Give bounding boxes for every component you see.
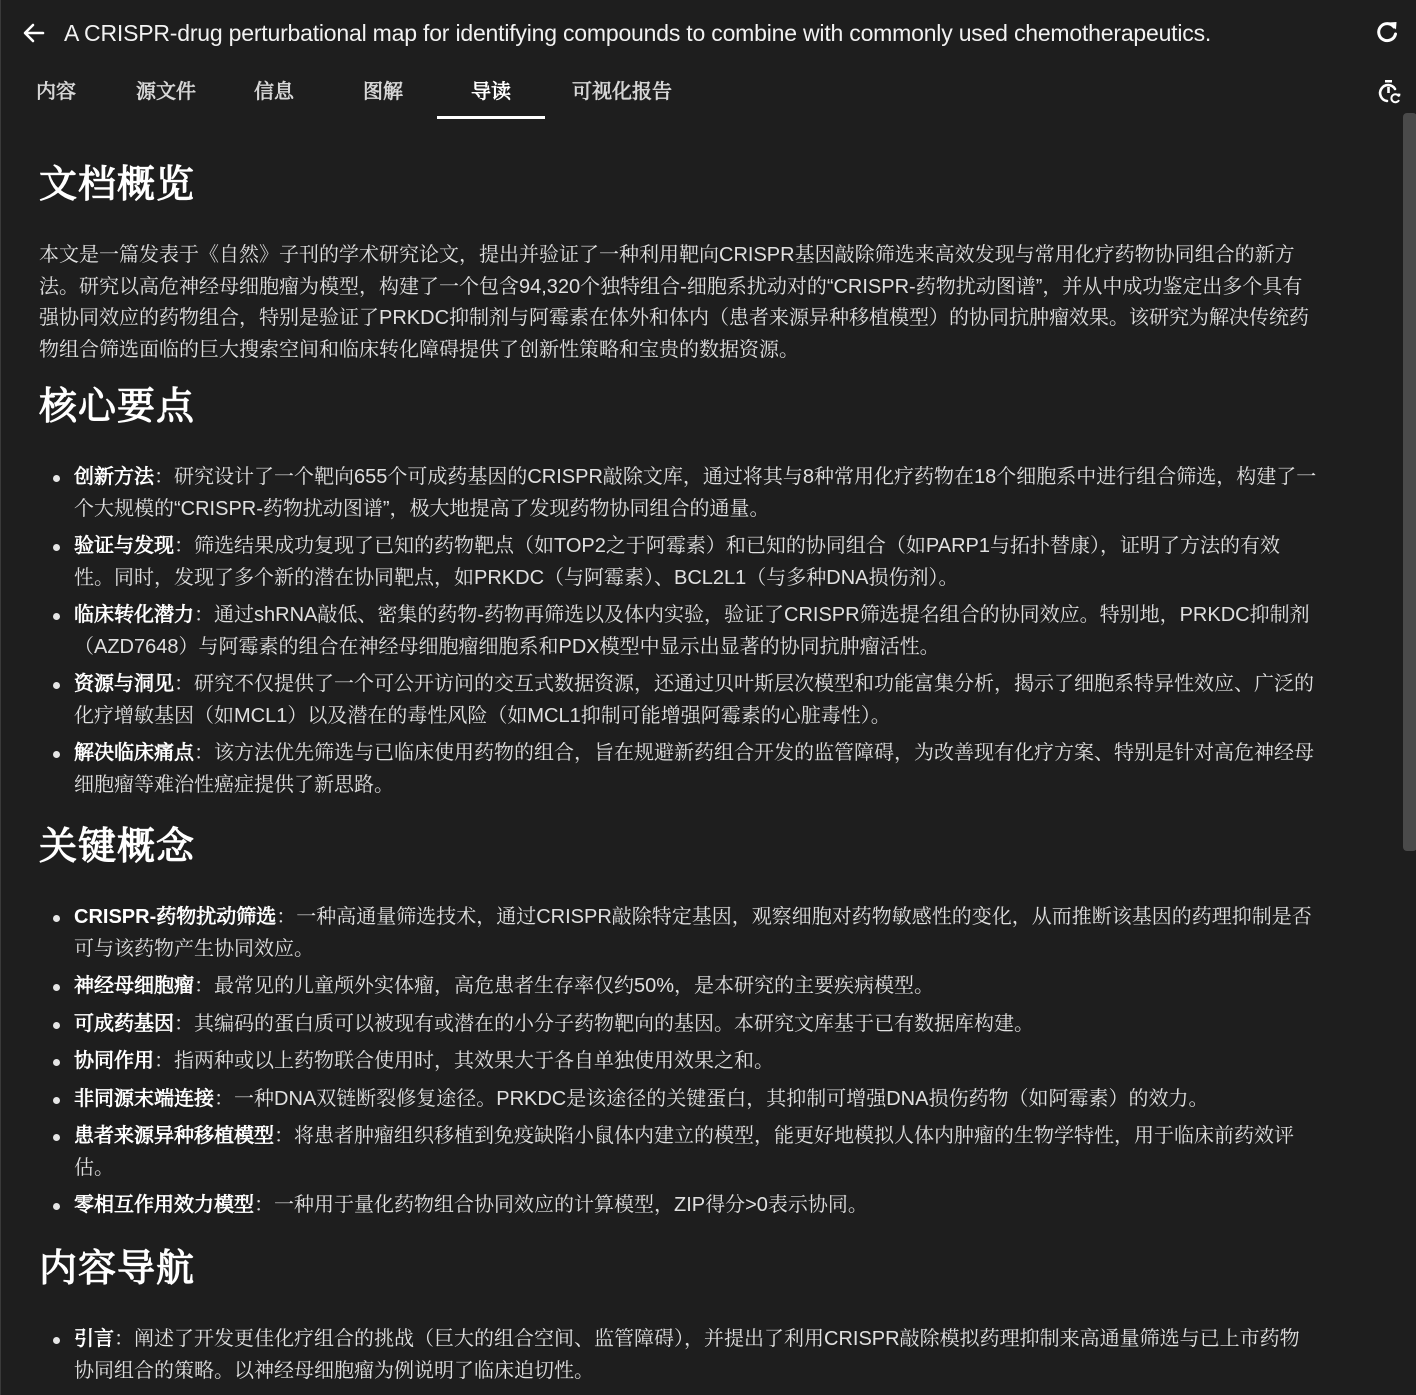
navigation-heading: 内容导航 <box>39 1234 1319 1304</box>
concepts-section: 关键概念 CRISPR-药物扰动筛选：一种高通量筛选技术，通过CRISPR敲除特… <box>39 812 1319 1228</box>
bullet-icon <box>53 984 60 991</box>
navigation-list: 引言：阐述了开发更佳化疗组合的挑战（巨大的组合空间、监管障碍），并提出了利用CR… <box>39 1324 1319 1387</box>
overview-section: 文档概览 本文是一篇发表于《自然》子刊的学术研究论文，提出并验证了一种利用靶向C… <box>39 150 1319 374</box>
refresh-button[interactable] <box>1373 18 1401 46</box>
item-text: ：指两种或以上药物联合使用时，其效果大于各自单独使用效果之和。 <box>154 1050 774 1072</box>
list-item: CRISPR-药物扰动筛选：一种高通量筛选技术，通过CRISPR敲除特定基因，观… <box>39 902 1319 965</box>
item-term: CRISPR-药物扰动筛选 <box>74 906 276 928</box>
item-term: 患者来源异种移植模型 <box>74 1125 274 1147</box>
tab-label: 内容 <box>36 81 76 103</box>
item-text: ：最常见的儿童颅外实体瘤，高危患者生存率仅约50%，是本研究的主要疾病模型。 <box>194 975 934 997</box>
scrollbar-thumb[interactable] <box>1403 113 1416 851</box>
tab-info[interactable]: 信息 <box>239 68 309 118</box>
tab-diagram[interactable]: 图解 <box>347 68 419 118</box>
back-button[interactable] <box>19 18 49 48</box>
tab-label: 可视化报告 <box>572 81 672 103</box>
bullet-icon <box>53 1097 60 1104</box>
active-tab-indicator <box>437 116 545 119</box>
refresh-icon <box>1373 18 1401 46</box>
bullet-icon <box>53 1134 60 1141</box>
bullet-icon <box>53 1059 60 1066</box>
timer-refresh-button[interactable] <box>1375 78 1403 106</box>
item-term: 协同作用 <box>74 1050 154 1072</box>
app-window: A CRISPR-drug perturbational map for ide… <box>0 0 1416 1395</box>
item-term: 可成药基因 <box>74 1013 174 1035</box>
document-title: A CRISPR-drug perturbational map for ide… <box>64 18 1211 48</box>
concepts-heading: 关键概念 <box>39 812 1319 882</box>
list-item: 临床转化潜力：通过shRNA敲低、密集的药物-药物再筛选以及体内实验，验证了CR… <box>39 600 1319 663</box>
bullet-icon <box>53 915 60 922</box>
bullet-icon <box>53 475 60 482</box>
bullet-icon <box>53 1203 60 1210</box>
item-text: ：该方法优先筛选与已临床使用药物的组合，旨在规避新药组合开发的监管障碍，为改善现… <box>74 742 1314 796</box>
item-text: ：阐述了开发更佳化疗组合的挑战（巨大的组合空间、监管障碍），并提出了利用CRIS… <box>74 1328 1300 1382</box>
header-bar: A CRISPR-drug perturbational map for ide… <box>1 0 1416 64</box>
bullet-icon <box>53 544 60 551</box>
item-text: ：一种用于量化药物组合协同效应的计算模型，ZIP得分>0表示协同。 <box>254 1194 868 1216</box>
arrow-left-icon <box>19 18 49 48</box>
list-item: 解决临床痛点：该方法优先筛选与已临床使用药物的组合，旨在规避新药组合开发的监管障… <box>39 738 1319 801</box>
tab-visual-report[interactable]: 可视化报告 <box>567 68 677 118</box>
tab-guide[interactable]: 导读 <box>437 68 545 118</box>
bullet-icon <box>53 613 60 620</box>
concepts-list: CRISPR-药物扰动筛选：一种高通量筛选技术，通过CRISPR敲除特定基因，观… <box>39 902 1319 1222</box>
list-item: 引言：阐述了开发更佳化疗组合的挑战（巨大的组合空间、监管障碍），并提出了利用CR… <box>39 1324 1319 1387</box>
scrollbar[interactable] <box>1401 112 1416 1395</box>
list-item: 资源与洞见：研究不仅提供了一个可公开访问的交互式数据资源，还通过贝叶斯层次模型和… <box>39 669 1319 732</box>
key-points-list: 创新方法：研究设计了一个靶向655个可成药基因的CRISPR敲除文库，通过将其与… <box>39 462 1319 801</box>
list-item: 创新方法：研究设计了一个靶向655个可成药基因的CRISPR敲除文库，通过将其与… <box>39 462 1319 525</box>
timer-refresh-icon <box>1375 78 1403 106</box>
navigation-section: 内容导航 引言：阐述了开发更佳化疗组合的挑战（巨大的组合空间、监管障碍），并提出… <box>39 1234 1319 1393</box>
item-text: ：研究不仅提供了一个可公开访问的交互式数据资源，还通过贝叶斯层次模型和功能富集分… <box>74 673 1314 727</box>
item-term: 验证与发现 <box>74 535 174 557</box>
tab-label: 导读 <box>471 81 511 103</box>
item-text: ：其编码的蛋白质可以被现有或潜在的小分子药物靶向的基因。本研究文库基于已有数据库… <box>174 1013 1034 1035</box>
tab-label: 信息 <box>254 81 294 103</box>
tab-label: 图解 <box>363 81 403 103</box>
tab-source-file[interactable]: 源文件 <box>121 68 211 118</box>
list-item: 可成药基因：其编码的蛋白质可以被现有或潜在的小分子药物靶向的基因。本研究文库基于… <box>39 1009 1319 1041</box>
list-item: 验证与发现：筛选结果成功复现了已知的药物靶点（如TOP2之于阿霉素）和已知的协同… <box>39 531 1319 594</box>
item-term: 神经母细胞瘤 <box>74 975 194 997</box>
list-item: 非同源末端连接：一种DNA双链断裂修复途径。PRKDC是该途径的关键蛋白，其抑制… <box>39 1084 1319 1116</box>
key-points-section: 核心要点 创新方法：研究设计了一个靶向655个可成药基因的CRISPR敲除文库，… <box>39 372 1319 807</box>
item-term: 创新方法 <box>74 466 154 488</box>
item-term: 非同源末端连接 <box>74 1088 214 1110</box>
bullet-icon <box>53 682 60 689</box>
item-text: ：研究设计了一个靶向655个可成药基因的CRISPR敲除文库，通过将其与8种常用… <box>74 466 1316 520</box>
tab-content[interactable]: 内容 <box>21 68 91 118</box>
item-text: ：一种DNA双链断裂修复途径。PRKDC是该途径的关键蛋白，其抑制可增强DNA损… <box>214 1088 1208 1110</box>
item-term: 解决临床痛点 <box>74 742 194 764</box>
tab-label: 源文件 <box>136 81 196 103</box>
list-item: 神经母细胞瘤：最常见的儿童颅外实体瘤，高危患者生存率仅约50%，是本研究的主要疾… <box>39 971 1319 1003</box>
list-item: 零相互作用效力模型：一种用于量化药物组合协同效应的计算模型，ZIP得分>0表示协… <box>39 1190 1319 1222</box>
item-text: ：通过shRNA敲低、密集的药物-药物再筛选以及体内实验，验证了CRISPR筛选… <box>74 604 1310 658</box>
item-term: 临床转化潜力 <box>74 604 194 626</box>
bullet-icon <box>53 1022 60 1029</box>
bullet-icon <box>53 1337 60 1344</box>
item-term: 零相互作用效力模型 <box>74 1194 254 1216</box>
bullet-icon <box>53 751 60 758</box>
item-term: 资源与洞见 <box>74 673 174 695</box>
item-term: 引言 <box>74 1328 114 1350</box>
item-text: ：筛选结果成功复现了已知的药物靶点（如TOP2之于阿霉素）和已知的协同组合（如P… <box>74 535 1280 589</box>
key-points-heading: 核心要点 <box>39 372 1319 442</box>
list-item: 患者来源异种移植模型：将患者肿瘤组织移植到免疫缺陷小鼠体内建立的模型，能更好地模… <box>39 1121 1319 1184</box>
list-item: 协同作用：指两种或以上药物联合使用时，其效果大于各自单独使用效果之和。 <box>39 1046 1319 1078</box>
overview-text: 本文是一篇发表于《自然》子刊的学术研究论文，提出并验证了一种利用靶向CRISPR… <box>39 240 1319 366</box>
overview-heading: 文档概览 <box>39 150 1319 220</box>
